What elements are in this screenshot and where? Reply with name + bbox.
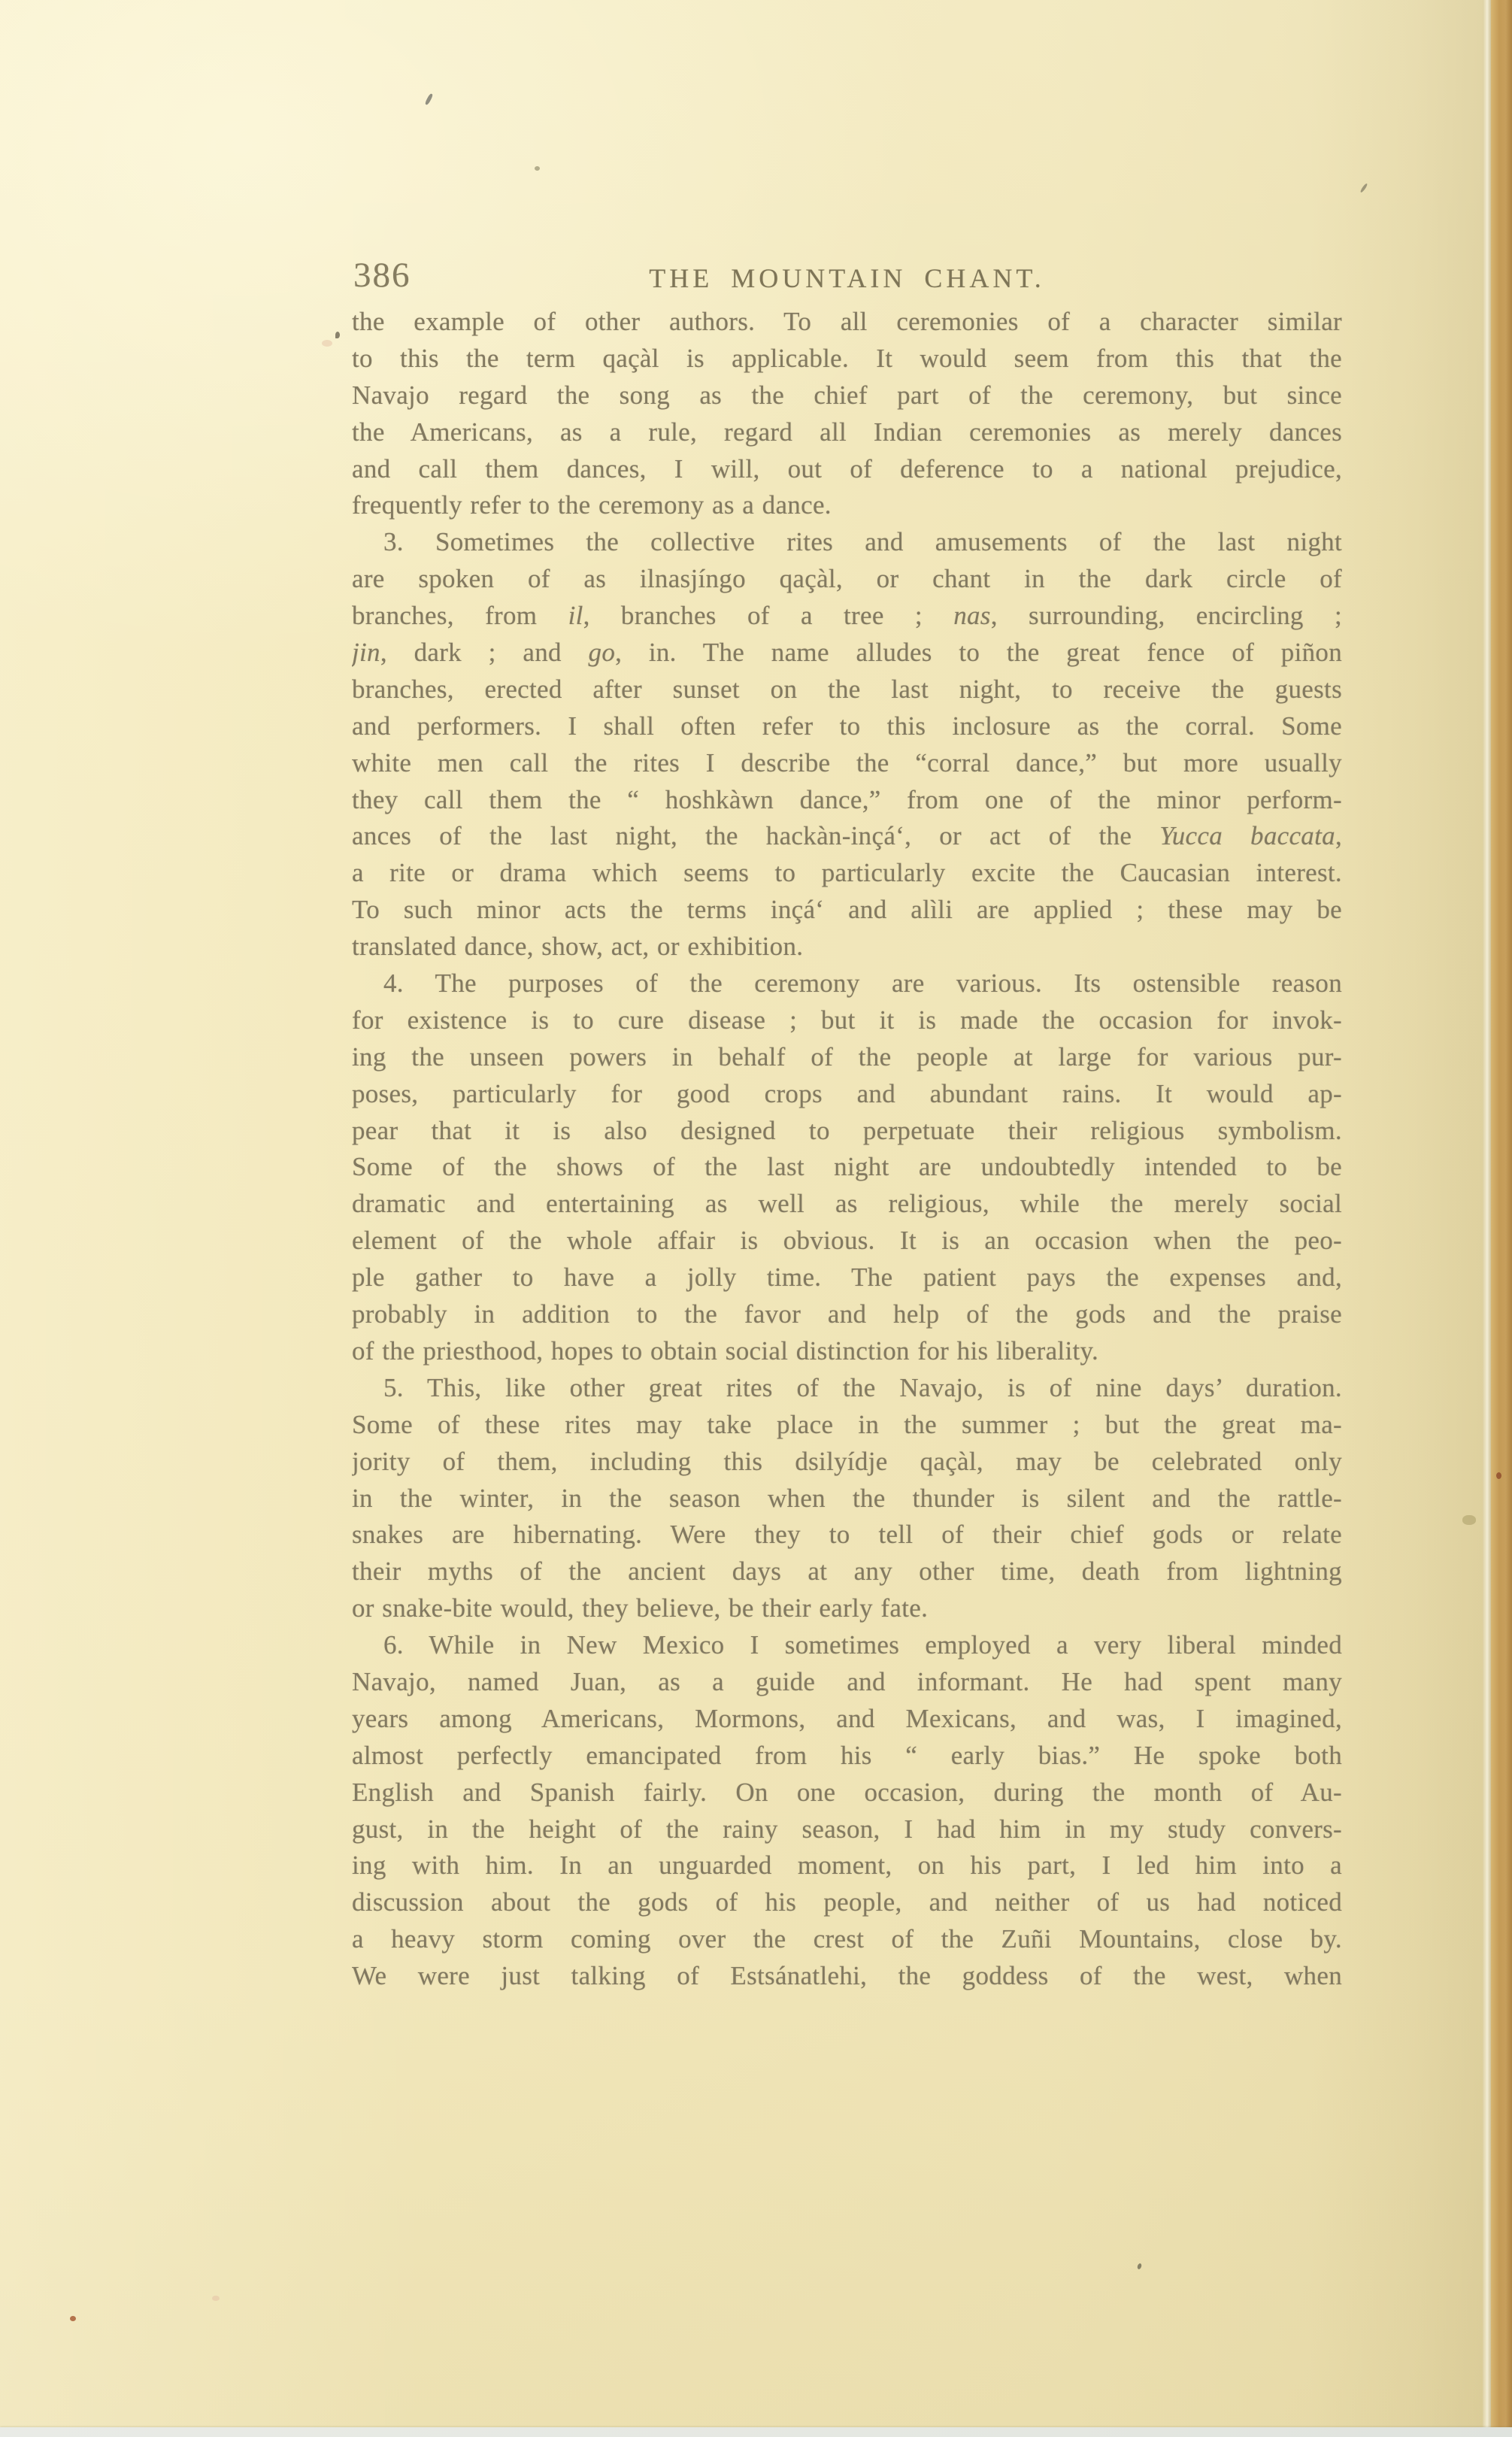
- running-title: THE MOUNTAIN CHANT.: [352, 262, 1342, 294]
- stain-speck: [70, 2316, 76, 2321]
- text-line: Navajo, named Juan, as a guide and infor…: [352, 1664, 1342, 1701]
- text-line: and call them dances, I will, out of def…: [352, 451, 1342, 488]
- stain-speck: [212, 2296, 220, 2301]
- text-line: branches, from il, branches of a tree ; …: [352, 598, 1342, 635]
- page-edge-brown-strip: [1491, 0, 1512, 2437]
- text-line: years among Americans, Mormons, and Mexi…: [352, 1701, 1342, 1738]
- paragraph: 4. The purposes of the ceremony are vari…: [352, 965, 1342, 1370]
- text-line: of the priesthood, hopes to obtain socia…: [352, 1333, 1342, 1370]
- text-line: We were just talking of Estsánatlehi, th…: [352, 1958, 1342, 1995]
- text-line: 5. This, like other great rites of the N…: [352, 1370, 1342, 1407]
- text-line: jority of them, including this dsilyídje…: [352, 1444, 1342, 1481]
- italic-term: Yucca baccata: [1159, 821, 1335, 850]
- text-line: the Americans, as a rule, regard all Ind…: [352, 414, 1342, 451]
- ink-speck: [425, 93, 434, 105]
- italic-term: il: [568, 601, 583, 630]
- text-line: to this the term qaçàl is applicable. It…: [352, 341, 1342, 377]
- text-line: or snake-bite would, they believe, be th…: [352, 1590, 1342, 1627]
- text-line: To such minor acts the terms inçáʻ and a…: [352, 892, 1342, 929]
- text-line: white men call the rites I describe the …: [352, 745, 1342, 782]
- paragraph: 3. Sometimes the collective rites and am…: [352, 524, 1342, 965]
- text-line: are spoken of as ilnasjíngo qaçàl, or ch…: [352, 561, 1342, 598]
- italic-term: go: [589, 638, 616, 667]
- text-line: 4. The purposes of the ceremony are vari…: [352, 965, 1342, 1002]
- text-line: for existence is to cure disease ; but i…: [352, 1002, 1342, 1039]
- page-edge-highlight-line: [1483, 0, 1491, 2437]
- text-line: ple gather to have a jolly time. The pat…: [352, 1259, 1342, 1296]
- text-line: a rite or drama which seems to particula…: [352, 855, 1342, 892]
- text-line: dramatic and entertaining as well as rel…: [352, 1186, 1342, 1223]
- text-line: probably in addition to the favor and he…: [352, 1296, 1342, 1333]
- text-line: English and Spanish fairly. On one occas…: [352, 1775, 1342, 1811]
- text-line: discussion about the gods of his people,…: [352, 1884, 1342, 1921]
- text-line: gust, in the height of the rainy season,…: [352, 1811, 1342, 1848]
- text-line: Some of the shows of the last night are …: [352, 1149, 1342, 1186]
- text-line: snakes are hibernating. Were they to tel…: [352, 1517, 1342, 1553]
- paragraph: 6. While in New Mexico I sometimes emplo…: [352, 1627, 1342, 1995]
- ink-speck: [535, 166, 540, 171]
- text-line: ing with him. In an unguarded moment, on…: [352, 1847, 1342, 1884]
- stain-speck: [1462, 1515, 1476, 1525]
- text-block: the example of other authors. To all cer…: [352, 304, 1342, 1995]
- text-line: frequently refer to the ceremony as a da…: [352, 487, 1342, 524]
- page-header: 386 THE MOUNTAIN CHANT.: [352, 254, 1342, 307]
- text-line: element of the whole affair is obvious. …: [352, 1223, 1342, 1259]
- text-line: translated dance, show, act, or exhibiti…: [352, 929, 1342, 965]
- text-line: Navajo regard the song as the chief part…: [352, 377, 1342, 414]
- scan-bottom-strip: [0, 2427, 1512, 2437]
- text-line: 6. While in New Mexico I sometimes emplo…: [352, 1627, 1342, 1664]
- book-page-scan: 386 THE MOUNTAIN CHANT. the example of o…: [0, 0, 1512, 2437]
- text-line: ances of the last night, the hackàn-inçá…: [352, 818, 1342, 855]
- text-line: jin, dark ; and go, in. The name alludes…: [352, 635, 1342, 671]
- ink-speck: [1137, 2263, 1142, 2269]
- text-line: 3. Sometimes the collective rites and am…: [352, 524, 1342, 561]
- paragraph: the example of other authors. To all cer…: [352, 304, 1342, 524]
- italic-term: nas: [953, 601, 991, 630]
- text-line: pear that it is also designed to perpetu…: [352, 1113, 1342, 1150]
- text-line: ing the unseen powers in behalf of the p…: [352, 1039, 1342, 1076]
- stain-speck: [1496, 1472, 1501, 1479]
- text-line: in the winter, in the season when the th…: [352, 1481, 1342, 1517]
- text-line: almost perfectly emancipated from his “ …: [352, 1738, 1342, 1775]
- text-line: poses, particularly for good crops and a…: [352, 1076, 1342, 1113]
- text-line: their myths of the ancient days at any o…: [352, 1553, 1342, 1590]
- stain-speck: [322, 340, 332, 347]
- text-line: a heavy storm coming over the crest of t…: [352, 1921, 1342, 1958]
- text-line: they call them the “ hoshkàwn dance,” fr…: [352, 782, 1342, 819]
- paragraph: 5. This, like other great rites of the N…: [352, 1370, 1342, 1627]
- text-line: and performers. I shall often refer to t…: [352, 708, 1342, 745]
- italic-term: jin: [352, 638, 380, 667]
- ink-speck: [335, 332, 340, 338]
- text-line: the example of other authors. To all cer…: [352, 304, 1342, 341]
- text-line: Some of these rites may take place in th…: [352, 1407, 1342, 1444]
- text-line: branches, erected after sunset on the la…: [352, 671, 1342, 708]
